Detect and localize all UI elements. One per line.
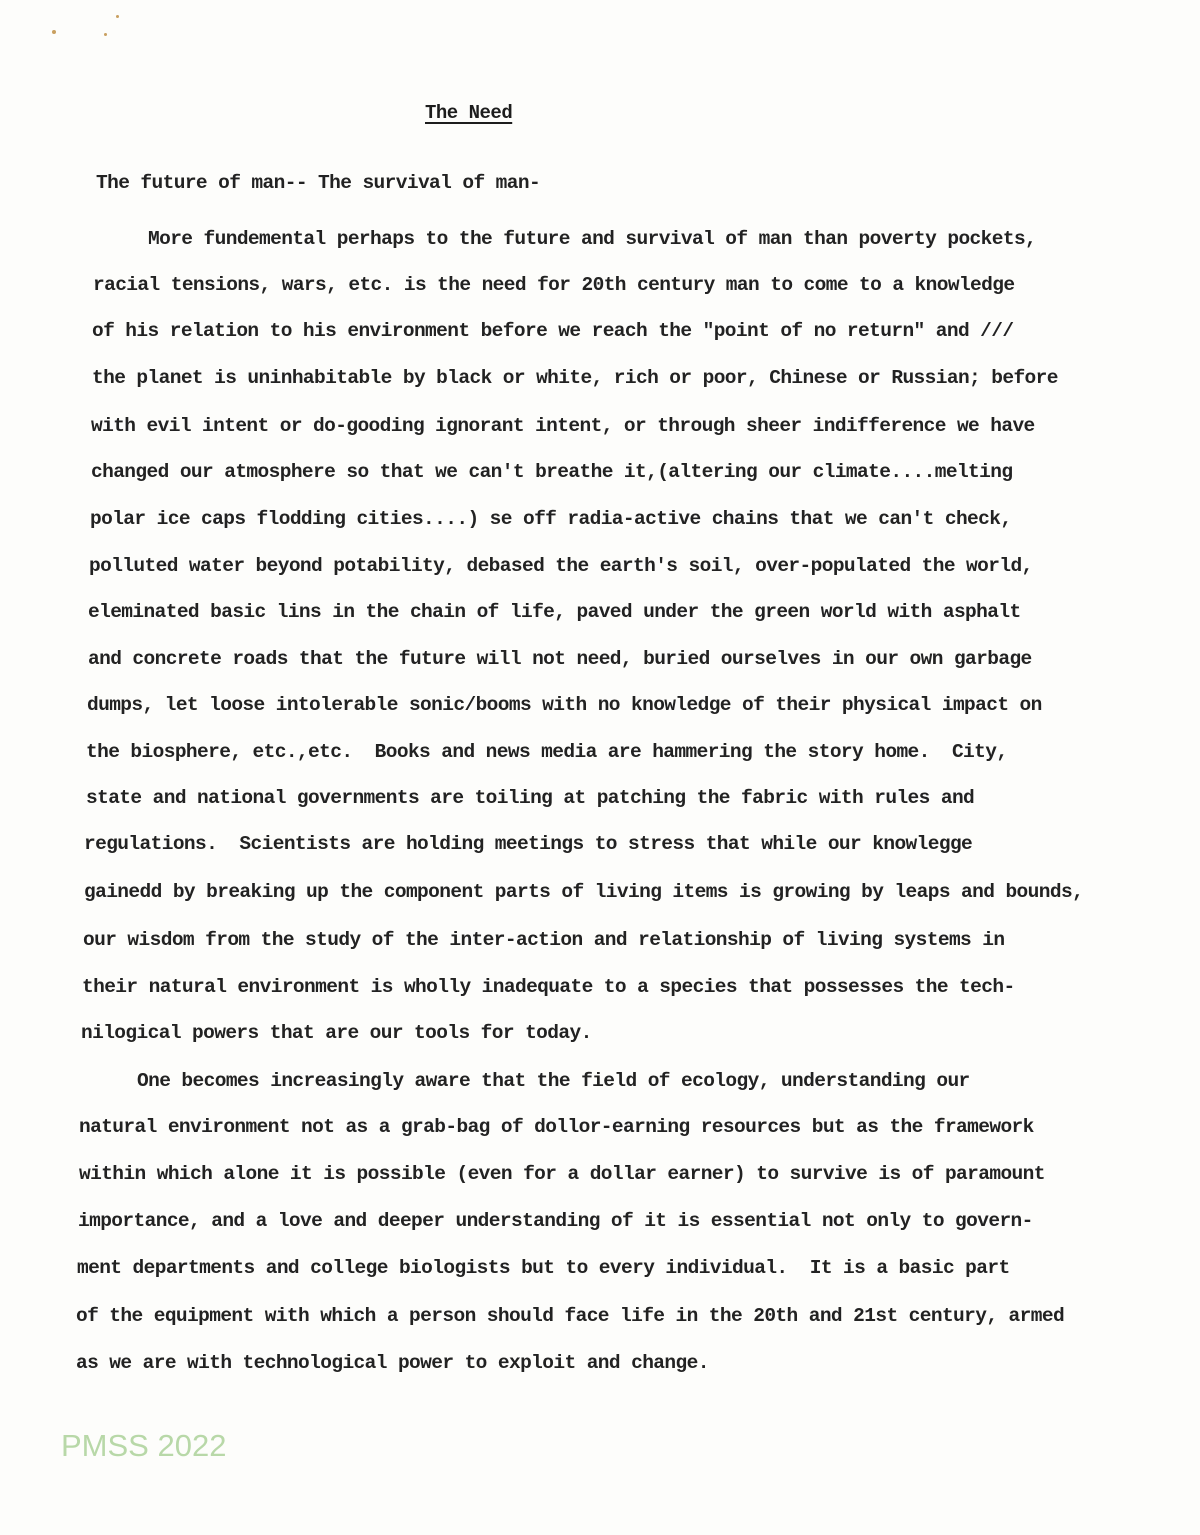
paper-speck (104, 33, 107, 36)
paragraph-1-line: polluted water beyond potability, debase… (89, 555, 1033, 577)
paragraph-1-line: the biosphere, etc.,etc. Books and news … (86, 741, 1007, 763)
paragraph-1-line: of his relation to his environment befor… (92, 320, 1013, 342)
paragraph-1-line: nilogical powers that are our tools for … (81, 1022, 592, 1044)
paragraph-1-line: the planet is uninhabitable by black or … (92, 367, 1058, 389)
paragraph-2-line: of the equipment with which a person sho… (76, 1305, 1064, 1327)
paragraph-2-line: within which alone it is possible (even … (79, 1163, 1045, 1185)
paragraph-1-line: eleminated basic lins in the chain of li… (88, 601, 1021, 623)
document-title: The Need (425, 102, 512, 124)
paragraph-2-line: ment departments and college biologists … (77, 1257, 1010, 1279)
paragraph-2-line: as we are with technological power to ex… (76, 1352, 709, 1374)
document-subtitle: The future of man-- The survival of man- (96, 172, 540, 194)
paper-speck (52, 30, 56, 34)
paragraph-1-line: with evil intent or do-gooding ignorant … (91, 415, 1035, 437)
paper-speck (116, 15, 119, 18)
paragraph-1-line: our wisdom from the study of the inter-a… (83, 929, 1004, 951)
paragraph-1-line: polar ice caps flodding cities....) se o… (90, 508, 1011, 530)
watermark: PMSS 2022 (61, 1428, 226, 1464)
paragraph-2-line: importance, and a love and deeper unders… (78, 1210, 1033, 1232)
paragraph-1-line: and concrete roads that the future will … (88, 648, 1032, 670)
paragraph-2-line: One becomes increasingly aware that the … (137, 1070, 970, 1092)
paragraph-1-line: changed our atmosphere so that we can't … (91, 461, 1012, 483)
paragraph-1-line: dumps, let loose intolerable sonic/booms… (87, 694, 1042, 716)
paragraph-1-line: regulations. Scientists are holding meet… (84, 833, 972, 855)
paragraph-1-line: gainedd by breaking up the component par… (84, 881, 1083, 903)
paragraph-2-line: natural environment not as a grab-bag of… (79, 1116, 1034, 1138)
paragraph-1-line: state and national governments are toili… (86, 787, 974, 809)
paragraph-1-line: their natural environment is wholly inad… (82, 976, 1015, 998)
paragraph-1-line: More fundemental perhaps to the future a… (148, 228, 1036, 250)
paragraph-1-line: racial tensions, wars, etc. is the need … (93, 274, 1014, 296)
